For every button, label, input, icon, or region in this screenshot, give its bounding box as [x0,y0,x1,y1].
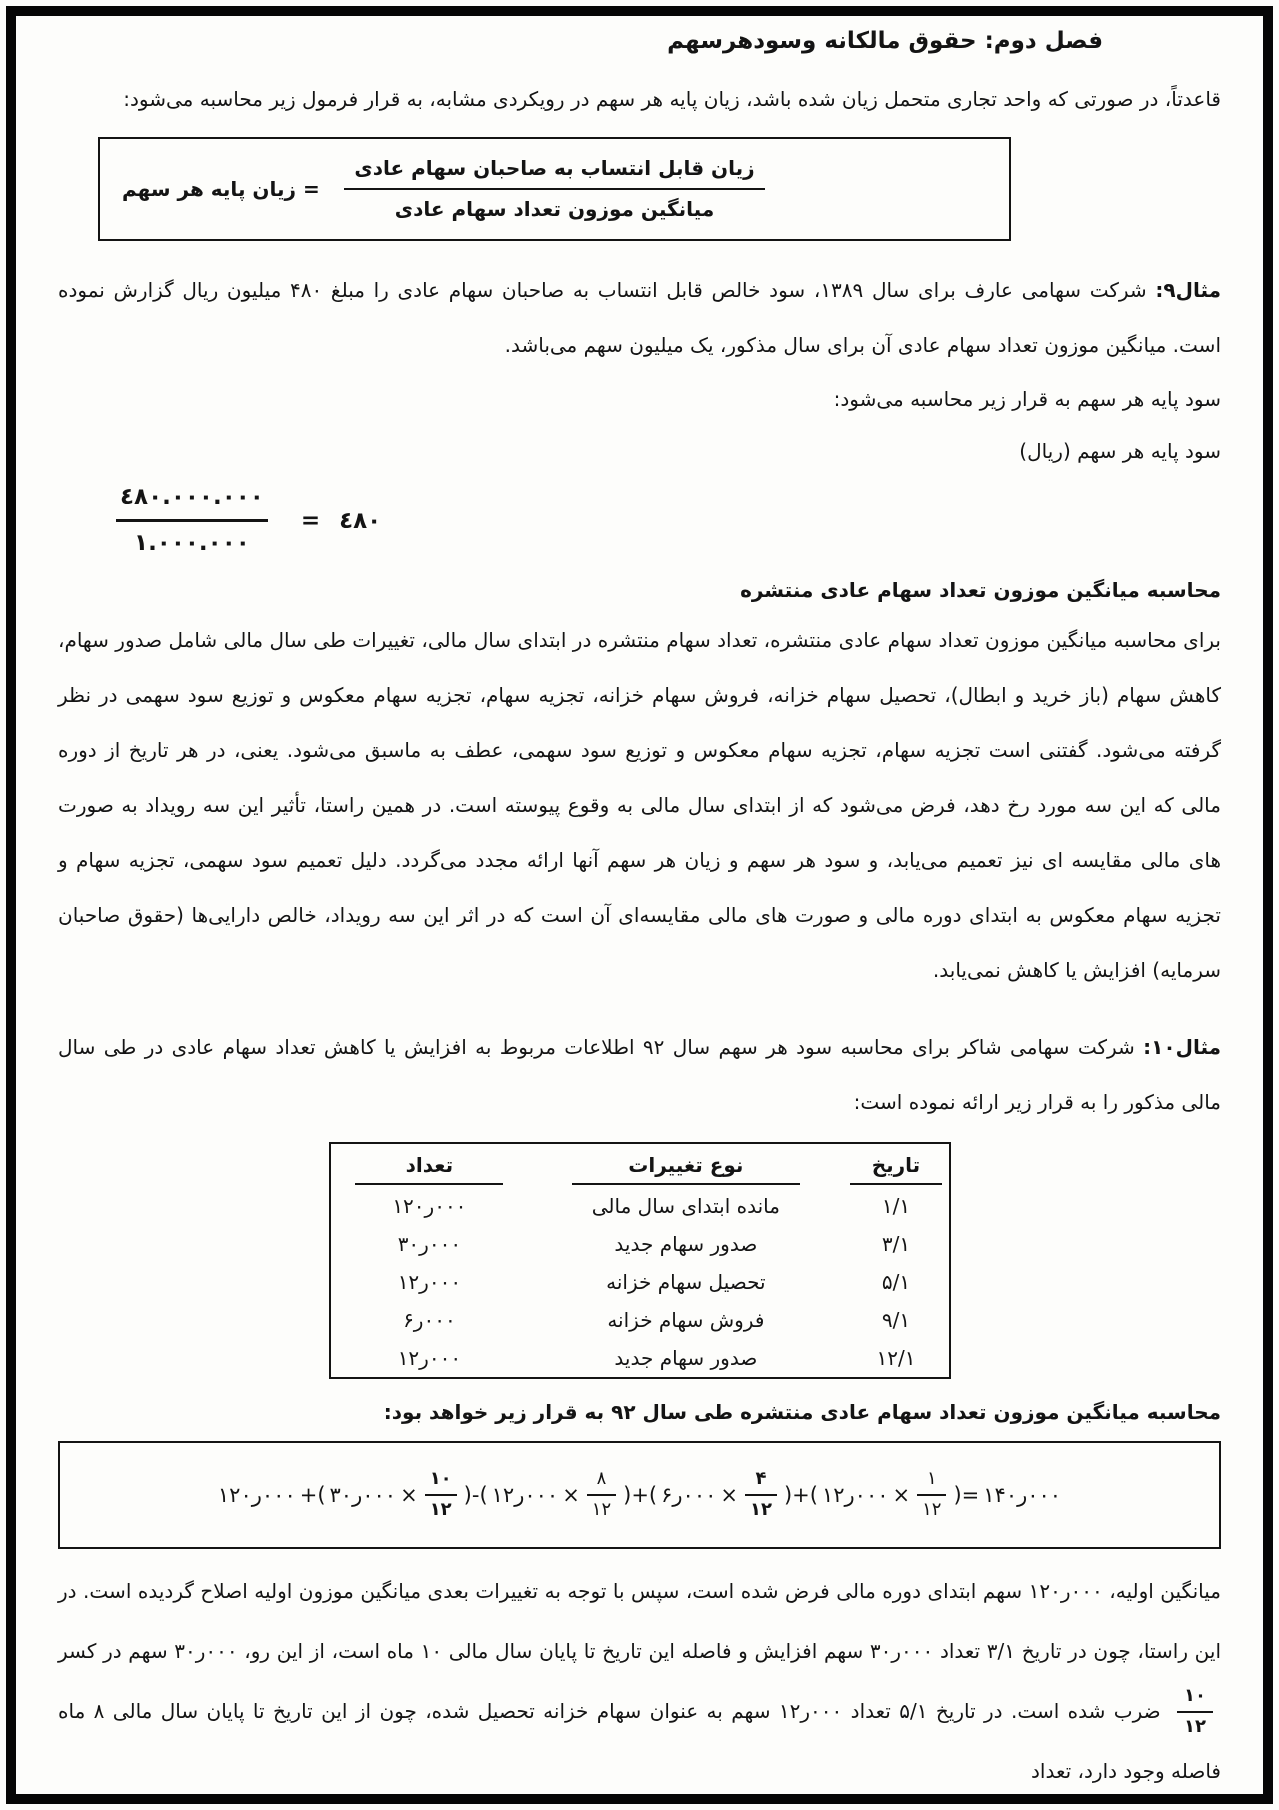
fraction: ۱۰۱۲ [1177,1687,1213,1737]
equals-sign: = [300,508,321,534]
fraction: ۸ ۱۲ [587,1470,616,1520]
intro-paragraph: قاعدتاً، در صورتی که واحد تجاری متحمل زی… [58,72,1221,127]
text-segment: سهم در کسر [58,1639,174,1663]
eps-calculation: ٤٨٠.٠٠٠.٠٠٠ ١.٠٠٠.٠٠٠ = ٤٨٠ [102,485,381,557]
denominator: ۱۲ [745,1494,777,1520]
count-cell: ۱۲ر۰۰۰ [331,1339,529,1377]
weighted-average-paragraph: برای محاسبه میانگین موزون تعداد سهام عاد… [58,613,1221,998]
date-number: ۵/۱ [899,1699,927,1723]
denominator: ١.٠٠٠.٠٠٠ [116,519,268,556]
number: ۳۰ر۰۰۰ [870,1639,933,1663]
number: ۳۰ر۰۰۰ [174,1639,237,1663]
text-segment: سهم افزایش و فاصله این تاریخ تا پایان سا… [238,1639,870,1663]
fraction: ٤٨٠.٠٠٠.٠٠٠ ١.٠٠٠.٠٠٠ [102,485,282,557]
column-header-date: تاریخ [843,1144,948,1187]
operator: )+( [622,1483,658,1507]
operator: )= [952,1483,980,1507]
weighted-average-equation-box: ۱۲۰ر۰۰۰ +( ۳۰ر۰۰۰ × ۱۰ ۱۲ )-( ۱۲ر۰۰۰ × ۸… [58,1441,1221,1549]
fraction: ۱۰ ۱۲ [425,1470,457,1520]
date-cell: ۱/۱ [843,1187,948,1225]
denominator: میانگین موزون تعداد سهام عادی [395,190,714,222]
numerator: ۸ [592,1470,612,1494]
operator: +( [299,1483,327,1507]
table-row: ۹/۱ فروش سهام خزانه ۶ر۰۰۰ [331,1301,949,1339]
column-header-change: نوع تغییرات [528,1144,843,1187]
example10-paragraph: مثال۱۰: شرکت سهامی شاکر برای محاسبه سود … [58,1020,1221,1130]
eps-result: ٤٨٠ [339,508,381,534]
example9-label: مثال۹: [1155,278,1221,302]
fraction: ۱ ۱۲ [917,1470,946,1520]
fraction: زیان قابل انتساب به صاحبان سهام عادی میا… [344,156,764,222]
fraction: ۴ ۱۲ [745,1470,777,1520]
share-changes-table: تاریخ نوع تغییرات تعداد ۱/۱ مانده ابتدای… [329,1142,951,1379]
multiply-sign: × [399,1483,419,1507]
table-row: ۵/۱ تحصیل سهام خزانه ۱۲ر۰۰۰ [331,1263,949,1301]
change-cell: تحصیل سهام خزانه [528,1263,843,1301]
text-segment: تعداد [933,1639,987,1663]
count-cell: ۳۰ر۰۰۰ [331,1225,529,1263]
denominator: ۱۲ [1177,1711,1213,1737]
example9-paragraph: مثال۹: شرکت سهامی عارف برای سال ۱۳۸۹، سو… [58,263,1221,373]
numerator: ٤٨٠.٠٠٠.٠٠٠ [102,485,282,519]
text-segment: ضرب شده است. در تاریخ [927,1699,1169,1723]
treasury-sale-value: ۶ر۰۰۰ [661,1483,716,1507]
new-issue-value: ۱۲ر۰۰۰ [822,1483,889,1507]
table-row: ۱/۱ مانده ابتدای سال مالی ۱۲۰ر۰۰۰ [331,1187,949,1225]
page-content: فصل دوم: حقوق مالکانه وسودهرسهم قاعدتاً،… [0,0,1279,1810]
multiply-sign: × [892,1483,912,1507]
change-cell: مانده ابتدای سال مالی [528,1187,843,1225]
table-row: ۱۲/۱ صدور سهام جدید ۱۲ر۰۰۰ [331,1339,949,1377]
number: ۱۲۰ر۰۰۰ [1029,1579,1103,1603]
example10-body: شرکت سهامی شاکر برای محاسبه سود هر سهم س… [58,1035,1221,1114]
denominator: ۱۲ [425,1494,457,1520]
table-header-row: تاریخ نوع تغییرات تعداد [331,1144,949,1187]
opening-balance-value: ۱۲۰ر۰۰۰ [218,1483,296,1507]
operator: )-( [463,1483,489,1507]
numerator: ۴ [750,1470,771,1494]
example10-label: مثال۱۰: [1143,1035,1221,1059]
multiply-sign: × [561,1483,581,1507]
date-number: ۳/۱ [987,1639,1015,1663]
column-header-count: تعداد [331,1144,529,1187]
count-cell: ۱۲۰ر۰۰۰ [331,1187,529,1225]
denominator: ۱۲ [587,1494,616,1520]
date-cell: ۹/۱ [843,1301,948,1339]
weighted-average-result: ۱۴۰ر۰۰۰ [983,1483,1061,1507]
numerator: زیان قابل انتساب به صاحبان سهام عادی [344,156,764,190]
text-segment: تعداد [842,1699,899,1723]
numerator: ۱۰ [1177,1687,1213,1711]
denominator: ۱۲ [917,1494,946,1520]
text-segment: میانگین اولیه، [1103,1579,1221,1603]
issue-value: ۳۰ر۰۰۰ [330,1483,397,1507]
example9-body: شرکت سهامی عارف برای سال ۱۳۸۹، سود خالص … [58,278,1221,357]
operator: )+( [783,1483,819,1507]
formula-result-label: = زیان پایه هر سهم [122,177,320,201]
loss-per-share-formula-box: زیان قابل انتساب به صاحبان سهام عادی میا… [98,137,1011,241]
table-row: ۳/۱ صدور سهام جدید ۳۰ر۰۰۰ [331,1225,949,1263]
multiply-sign: × [719,1483,739,1507]
change-cell: فروش سهام خزانه [528,1301,843,1339]
change-cell: صدور سهام جدید [528,1339,843,1377]
date-cell: ۵/۱ [843,1263,948,1301]
count-cell: ۶ر۰۰۰ [331,1301,529,1339]
weighted-average-calc-intro: محاسبه میانگین موزون تعداد سهام عادی منت… [58,1395,1221,1429]
count-cell: ۱۲ر۰۰۰ [331,1263,529,1301]
section-heading: محاسبه میانگین موزون تعداد سهام عادی منت… [58,575,1221,605]
date-cell: ۳/۱ [843,1225,948,1263]
closing-paragraph: میانگین اولیه، ۱۲۰ر۰۰۰ سهم ابتدای دوره م… [58,1561,1221,1801]
eps-calc-intro-line: سود پایه هر سهم به قرار زیر محاسبه می‌شو… [58,373,1221,425]
eps-label-line: سود پایه هر سهم (ریال) [58,425,1221,477]
change-cell: صدور سهام جدید [528,1225,843,1263]
treasury-acq-value: ۱۲ر۰۰۰ [492,1483,559,1507]
numerator: ۱۰ [425,1470,457,1494]
chapter-title: فصل دوم: حقوق مالکانه وسودهرسهم [58,26,1221,56]
numerator: ۱ [922,1470,942,1494]
date-cell: ۱۲/۱ [843,1339,948,1377]
number: ۱۲ر۰۰۰ [779,1699,842,1723]
